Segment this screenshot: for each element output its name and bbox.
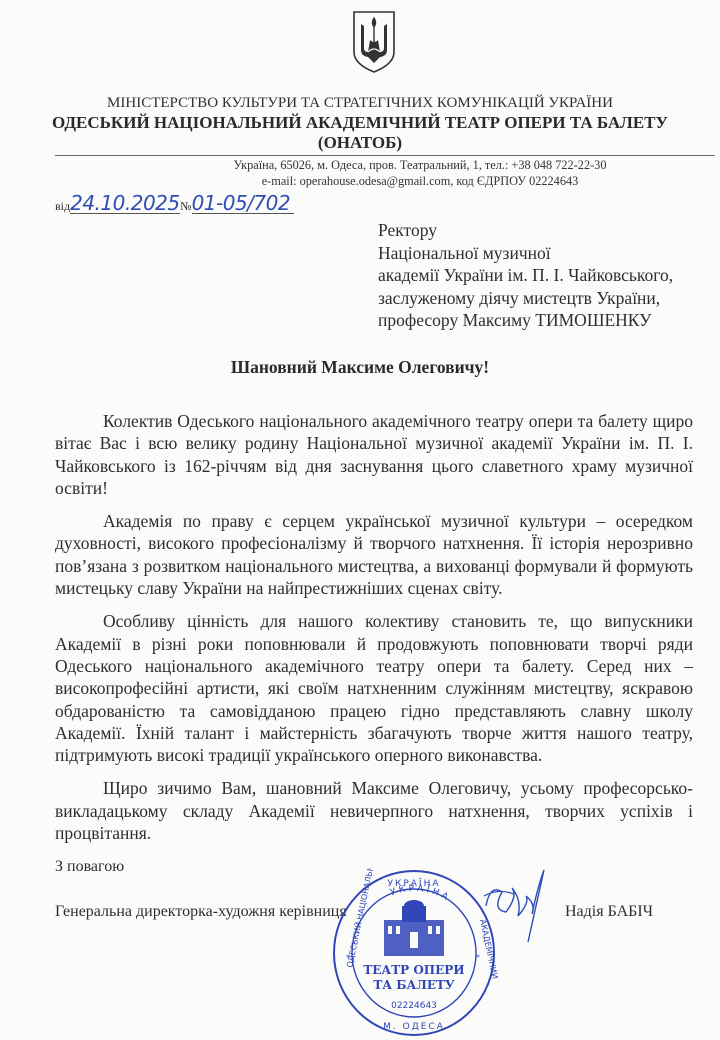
organization-title: ОДЕСЬКИЙ НАЦІОНАЛЬНИЙ АКАДЕМІЧНИЙ ТЕАТР … xyxy=(0,113,720,133)
svg-text:*: * xyxy=(346,953,350,962)
recipient-line: професору Максиму ТИМОШЕНКУ xyxy=(378,309,673,332)
reference-line: від24.10.2025№01-05/702 xyxy=(55,193,294,214)
official-stamp: УКРАЇНА УКРАЇНА ОДЕСЬКИЙ НАЦІОНАЛЬНИЙ АК… xyxy=(330,868,498,1038)
recipient-block: Ректору Національної музичної академії У… xyxy=(378,219,673,332)
svg-text:*: * xyxy=(476,953,480,962)
body-paragraph: Особливу цінність для нашого колективу с… xyxy=(55,610,693,766)
body-paragraph: Колектив Одеського національного академі… xyxy=(55,410,693,499)
body-paragraph: Академія по праву є серцем української м… xyxy=(55,510,693,599)
contacts-line: e-mail: operahouse.odesa@gmail.com, код … xyxy=(120,174,720,189)
recipient-line: академії України ім. П. І. Чайковського, xyxy=(378,264,673,287)
body-paragraph: Щиро зичимо Вам, шановний Максиме Олегов… xyxy=(55,777,693,844)
closing-phrase: З повагою xyxy=(55,858,124,876)
handwritten-signature xyxy=(478,866,548,946)
handwritten-number: 01-05/702 xyxy=(192,193,294,214)
header-divider xyxy=(55,155,715,156)
stamp-code: 02224643 xyxy=(391,1001,437,1011)
stamp-center-line1: ТЕАТР ОПЕРИ xyxy=(363,963,464,977)
stamp-ring-top: УКРАЇНА xyxy=(387,878,440,889)
trident-coat-of-arms-icon xyxy=(351,10,397,74)
stamp-bottom-text: М. ОДЕСА xyxy=(383,1022,445,1032)
number-prefix: № xyxy=(180,199,191,213)
address-line: Україна, 65026, м. Одеса, пров. Театраль… xyxy=(120,158,720,173)
letter-body: Колектив Одеського національного академі… xyxy=(55,410,693,855)
stamp-center-line2: ТА БАЛЕТУ xyxy=(373,978,455,992)
email-link[interactable]: e-mail: operahouse.odesa@gmail.com, код … xyxy=(262,174,579,188)
recipient-line: Національної музичної xyxy=(378,242,673,265)
signer-position: Генеральна директорка-художня керівниця xyxy=(55,903,347,921)
ministry-title: МІНІСТЕРСТВО КУЛЬТУРИ ТА СТРАТЕГІЧНИХ КО… xyxy=(0,95,720,112)
handwritten-date: 24.10.2025 xyxy=(70,193,180,214)
recipient-line: заслуженому діячу мистецтв України, xyxy=(378,287,673,310)
recipient-line: Ректору xyxy=(378,219,673,242)
date-prefix: від xyxy=(55,199,70,213)
theatre-building-icon xyxy=(384,900,444,956)
organization-abbreviation: (ОНАТОБ) xyxy=(0,133,720,153)
signer-name: Надія БАБІЧ xyxy=(565,903,653,921)
salutation: Шановний Максиме Олеговичу! xyxy=(0,357,720,378)
